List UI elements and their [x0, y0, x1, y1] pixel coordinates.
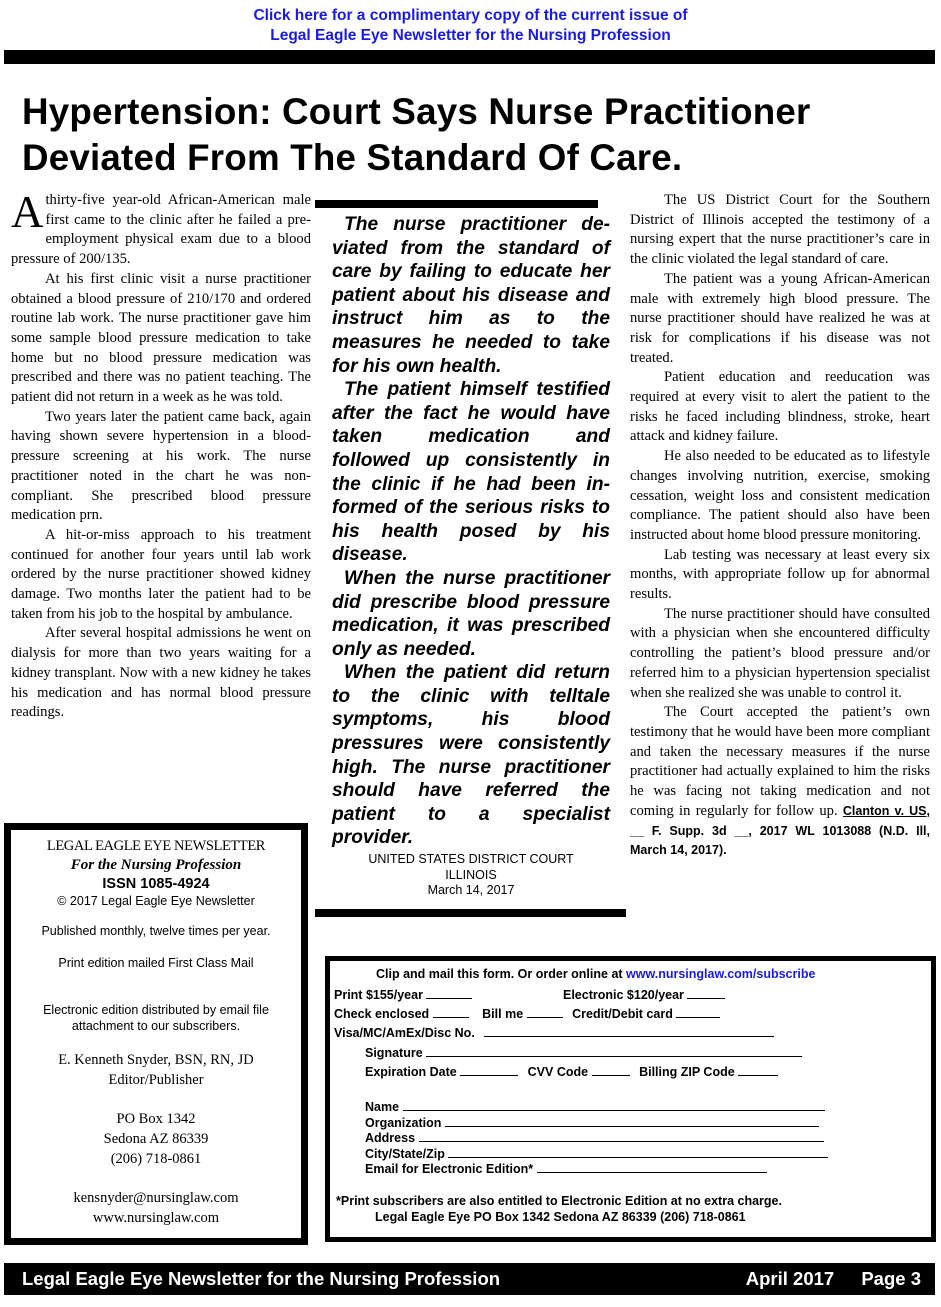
footer-issue-date: April 2017: [746, 1268, 834, 1289]
pull-quote-paragraph-1: The nurse practitioner de­viated from th…: [332, 213, 610, 378]
masthead-electronic-note-1: Electronic edition distributed by email …: [11, 1002, 301, 1018]
pull-quote: The nurse practitioner de­viated from th…: [332, 213, 610, 850]
signature-label: Signature: [365, 1046, 423, 1060]
email-edition-field[interactable]: [537, 1161, 767, 1173]
bill-me-blank[interactable]: [527, 1006, 563, 1018]
pull-quote-top-bar: [315, 200, 598, 208]
form-footnote: *Print subscribers are also entitled to …: [336, 1194, 782, 1209]
address-line-2: Sedona AZ 86339: [11, 1129, 301, 1149]
website-link[interactable]: www.nursinglaw.com: [11, 1208, 301, 1228]
court-caption: UNITED STATES DISTRICT COURT ILLINOIS Ma…: [332, 852, 610, 899]
article-right-column: The US District Court for the Southern D…: [630, 191, 930, 861]
card-label: Credit/Debit card: [572, 1007, 673, 1021]
top-divider-bar: [4, 50, 935, 64]
court-state: ILLINOIS: [332, 868, 610, 884]
masthead-box: LEGAL EAGLE EYE NEWSLETTER For the Nursi…: [4, 823, 308, 1245]
card-number-label: Visa/MC/AmEx/Disc No.: [334, 1026, 475, 1040]
pull-quote-paragraph-2: The patient himself testi­fied after the…: [332, 378, 610, 567]
city-state-zip-label: City/State/Zip: [365, 1147, 445, 1161]
masthead-copyright: © 2017 Legal Eagle Eye Newsletter: [11, 893, 301, 909]
city-state-zip-field[interactable]: [448, 1146, 828, 1158]
phone-number: (206) 718-0861: [11, 1149, 301, 1169]
left-paragraph-5: After several hospital admissions he wen…: [11, 624, 311, 723]
bill-me-label: Bill me: [482, 1007, 523, 1021]
billing-zip-label: Billing ZIP Code: [639, 1065, 735, 1079]
pull-quote-paragraph-4: When the patient did re­turn to the clin…: [332, 661, 610, 850]
right-paragraph-3: Patient education and reeducation was re…: [630, 368, 930, 447]
signature-field[interactable]: [426, 1045, 802, 1057]
expiration-label: Expiration Date: [365, 1065, 457, 1079]
form-intro: Clip and mail this form. Or order online…: [376, 967, 815, 982]
subscription-form: Clip and mail this form. Or order online…: [325, 956, 936, 1242]
check-enclosed-label: Check enclosed: [334, 1007, 429, 1021]
pull-quote-paragraph-3: When the nurse practitio­ner did prescri…: [332, 567, 610, 661]
article-left-column: A thirty-five year-old African-American …: [11, 191, 311, 723]
print-price-label: Print $155/year: [334, 988, 423, 1002]
court-date: March 14, 2017: [332, 883, 610, 899]
email-edition-label: Email for Electronic Edition*: [365, 1162, 533, 1176]
organization-field[interactable]: [445, 1115, 819, 1127]
right-paragraph-2: The patient was a young African-American…: [630, 270, 930, 369]
masthead-subtitle: For the Nursing Profession: [11, 855, 301, 875]
editor-role: Editor/Publisher: [11, 1070, 301, 1090]
promo-line-1: Click here for a complimentary copy of t…: [0, 6, 941, 26]
left-paragraph-3: Two years later the patient came back, a…: [11, 408, 311, 526]
right-paragraph-4: He also needed to be educated as to life…: [630, 447, 930, 546]
cvv-field[interactable]: [592, 1064, 630, 1076]
address-field[interactable]: [419, 1130, 824, 1142]
card-number-field[interactable]: [484, 1025, 774, 1037]
right-paragraph-1: The US District Court for the Southern D…: [630, 191, 930, 270]
masthead-electronic-note-2: attachment to our subscribers.: [11, 1018, 301, 1034]
organization-label: Organization: [365, 1116, 441, 1130]
name-label: Name: [365, 1100, 399, 1114]
drop-cap: A: [11, 195, 44, 231]
case-name: Clanton v. US: [843, 804, 927, 818]
card-blank[interactable]: [676, 1006, 720, 1018]
pull-quote-bottom-bar: [315, 909, 626, 917]
article-headline: Hypertension: Court Says Nurse Practitio…: [22, 88, 914, 180]
footer-title: Legal Eagle Eye Newsletter for the Nursi…: [22, 1268, 500, 1290]
form-mail-address: Legal Eagle Eye PO Box 1342 Sedona AZ 86…: [375, 1210, 746, 1225]
electronic-price-label: Electronic $120/year: [563, 988, 684, 1002]
complimentary-copy-link[interactable]: Click here for a complimentary copy of t…: [0, 6, 941, 46]
masthead-issn: ISSN 1085-4924: [11, 875, 301, 893]
masthead-title: LEGAL EAGLE EYE NEWSLETTER: [11, 838, 301, 855]
right-paragraph-6: The nurse practitioner should have consu…: [630, 605, 930, 704]
address-label: Address: [365, 1131, 415, 1145]
subscribe-online-link[interactable]: www.nursinglaw.com/subscribe: [626, 967, 815, 981]
left-paragraph-1: A thirty-five year-old African-American …: [11, 191, 311, 270]
court-name: UNITED STATES DISTRICT COURT: [332, 852, 610, 868]
billing-zip-field[interactable]: [738, 1064, 778, 1076]
print-option-blank[interactable]: [426, 987, 472, 999]
check-enclosed-blank[interactable]: [433, 1006, 469, 1018]
cvv-label: CVV Code: [528, 1065, 588, 1079]
left-paragraph-2: At his first clinic visit a nurse practi…: [11, 270, 311, 408]
headline-line-2: Deviated From The Standard Of Care.: [22, 134, 914, 180]
masthead-print-note: Print edition mailed First Class Mail: [11, 955, 301, 971]
left-paragraph-4: A hit-or-miss approach to his treat­ment…: [11, 526, 311, 625]
right-paragraph-7: The Court accepted the patient’s own tes…: [630, 703, 930, 861]
editor-name: E. Kenneth Snyder, BSN, RN, JD: [11, 1050, 301, 1070]
name-field[interactable]: [403, 1099, 825, 1111]
masthead-frequency: Published monthly, twelve times per year…: [11, 923, 301, 939]
right-paragraph-5: Lab testing was necessary at least every…: [630, 546, 930, 605]
promo-line-2: Legal Eagle Eye Newsletter for the Nursi…: [0, 26, 941, 46]
address-line-1: PO Box 1342: [11, 1109, 301, 1129]
footer-bar: Legal Eagle Eye Newsletter for the Nursi…: [4, 1263, 935, 1295]
headline-line-1: Hypertension: Court Says Nurse Practitio…: [22, 88, 914, 134]
email-link[interactable]: kensnyder@nursinglaw.com: [11, 1188, 301, 1208]
footer-page-number: Page 3: [861, 1268, 921, 1289]
expiration-field[interactable]: [460, 1064, 518, 1076]
electronic-option-blank[interactable]: [687, 987, 725, 999]
